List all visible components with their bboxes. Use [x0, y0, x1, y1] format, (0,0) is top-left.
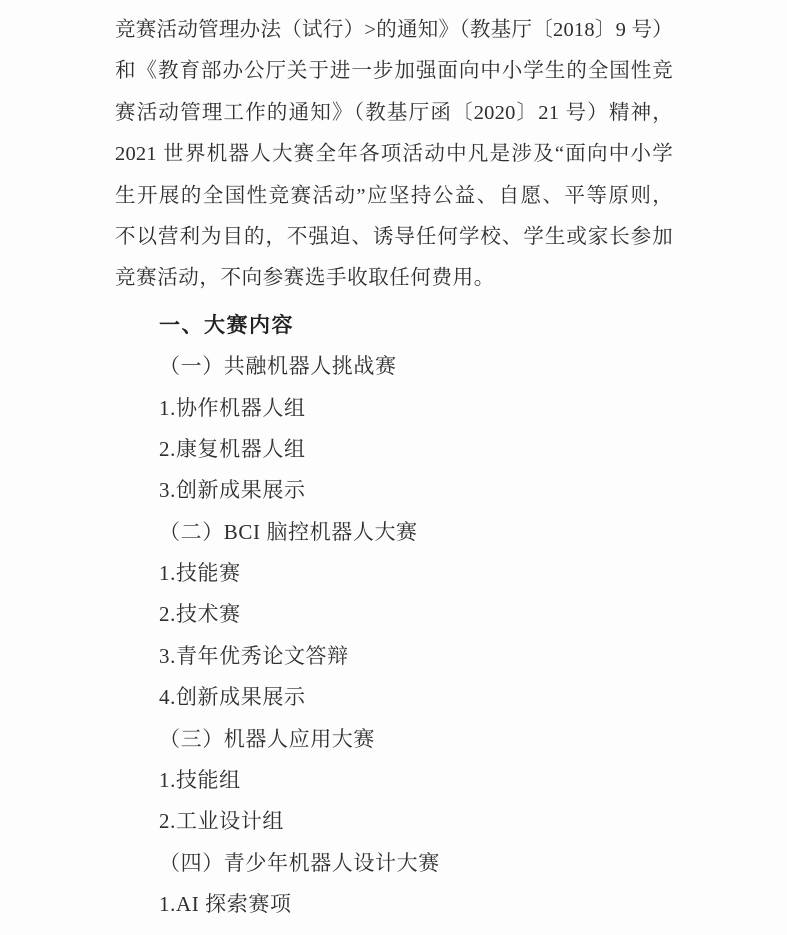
contest-list: （一）共融机器人挑战赛 1.协作机器人组 2.康复机器人组 3.创新成果展示 （… [115, 346, 673, 925]
document-page: 竞赛活动管理办法（试行）>的通知》（教基厅〔2018〕9 号） 和《教育部办公厅… [0, 0, 787, 935]
subsection-heading: （四）青少年机器人设计大赛 [115, 843, 673, 884]
paragraph-line: 竞赛活动管理办法（试行）>的通知》（教基厅〔2018〕9 号） [115, 10, 673, 51]
list-item: 2.康复机器人组 [115, 429, 673, 470]
list-item: 1.技能组 [115, 760, 673, 801]
paragraph-line: 不以营利为目的，不强迫、诱导任何学校、学生或家长参加 [115, 217, 673, 258]
subsection-heading: （二）BCI 脑控机器人大赛 [115, 512, 673, 553]
subsection-heading: （一）共融机器人挑战赛 [115, 346, 673, 387]
body-paragraph: 竞赛活动管理办法（试行）>的通知》（教基厅〔2018〕9 号） 和《教育部办公厅… [115, 10, 673, 300]
list-item: 3.青年优秀论文答辩 [115, 636, 673, 677]
list-item: 1.技能赛 [115, 553, 673, 594]
list-item: 1.AI 探索赛项 [115, 884, 673, 925]
list-item: 2.技术赛 [115, 594, 673, 635]
list-item: 1.协作机器人组 [115, 388, 673, 429]
list-item: 4.创新成果展示 [115, 677, 673, 718]
paragraph-line: 2021 世界机器人大赛全年各项活动中凡是涉及“面向中小学 [115, 134, 673, 175]
paragraph-line: 生开展的全国性竞赛活动”应坚持公益、自愿、平等原则， [115, 176, 673, 217]
section-heading: 一、大赛内容 [115, 305, 673, 346]
paragraph-line: 和《教育部办公厅关于进一步加强面向中小学生的全国性竞 [115, 51, 673, 92]
list-item: 2.工业设计组 [115, 801, 673, 842]
paragraph-line: 赛活动管理工作的通知》（教基厅函〔2020〕21 号）精神， [115, 93, 673, 134]
list-item: 3.创新成果展示 [115, 470, 673, 511]
paragraph-line: 竞赛活动，不向参赛选手收取任何费用。 [115, 258, 673, 299]
subsection-heading: （三）机器人应用大赛 [115, 719, 673, 760]
